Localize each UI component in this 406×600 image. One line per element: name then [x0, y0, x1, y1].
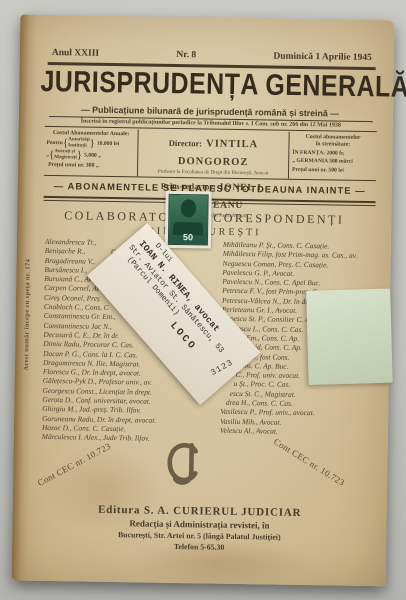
director-label: Director:	[169, 138, 203, 149]
price-value: 10.000 lei	[97, 140, 119, 146]
issue-label: Nr. 8	[176, 50, 196, 60]
journal-cover-page: Anul XXIII Nr. 8 Duminică 1 Aprilie 1945…	[12, 15, 395, 587]
masthead-row: Anul XXIII Nr. 8 Duminică 1 Aprilie 1945	[52, 48, 372, 63]
volume-label: Anul XXIII	[52, 48, 99, 59]
green-paper-slip	[306, 289, 393, 385]
date-label: Duminică 1 Aprilie 1945	[273, 52, 372, 64]
cec-account-stamp-left: Cont CEC nr. 10.723	[36, 441, 113, 488]
info-band: Costul Abonamentelor Anuale: Pentru { Au…	[44, 128, 377, 181]
curierul-judiciar-monogram-icon	[161, 439, 208, 490]
price-prefix: Pentru	[46, 140, 63, 146]
price-row: Pentru { Autorități Instituții } 10.000 …	[46, 137, 135, 150]
journal-title: JURISPRUDENȚA GENERALĂ	[40, 64, 378, 105]
price-value: 5.000 „	[84, 152, 101, 158]
postage-stamp: 50	[165, 191, 212, 249]
foreign-title-line2: în streinătate:	[292, 140, 373, 148]
subscription-box-domestic: Costul Abonamentelor Anuale: Pentru { Au…	[44, 128, 139, 176]
contributor-entry: Velescu Al., Avocat.	[220, 426, 380, 438]
price-row: „ { Avocați și Magistrați } 5.000 „	[46, 149, 135, 162]
price-options: Autorități Instituții	[68, 137, 90, 149]
foreign-price-row: Prețul unui nr. 500 lei	[292, 166, 373, 173]
foreign-box-title: Costul abonamentelor în streinătate:	[292, 134, 373, 148]
staff-box: Director: VINTILA DONGOROZ Profesor la F…	[138, 129, 289, 178]
brace-glyph: }	[77, 150, 82, 160]
brace-glyph: }	[90, 138, 95, 148]
foreign-price-row: „ GERMANIA 500 mărci	[292, 158, 373, 165]
editor-line: Prim-redactor: IONEL I. CODREANU	[139, 175, 286, 213]
single-issue-price: Prețul unui nr. 300 „	[46, 162, 135, 169]
subscription-box-foreign: Costul abonamentelor în streinătate: ÎN …	[288, 132, 377, 180]
price-option: Magistrați	[54, 155, 77, 161]
margin-note-vertical: Acest număr începe cu speța nr. 174	[22, 219, 35, 411]
director-line: Director: VINTILA DONGOROZ	[140, 132, 287, 170]
foreign-price-rows: ÎN FRANȚA: 2000 fr.„ GERMANIA 500 mărciP…	[292, 149, 373, 173]
price-option: Instituții	[68, 143, 89, 149]
foreign-price-row: ÎN FRANȚA: 2000 fr.	[292, 149, 373, 156]
stamp-value: 50	[165, 232, 211, 243]
photo-backdrop: Anul XXIII Nr. 8 Duminică 1 Aprilie 1945…	[0, 0, 406, 600]
price-options: Avocați și Magistrați	[54, 149, 77, 161]
publisher-block: Editura S. A. CURIERUL JUDICIAR Redacția…	[12, 502, 387, 554]
